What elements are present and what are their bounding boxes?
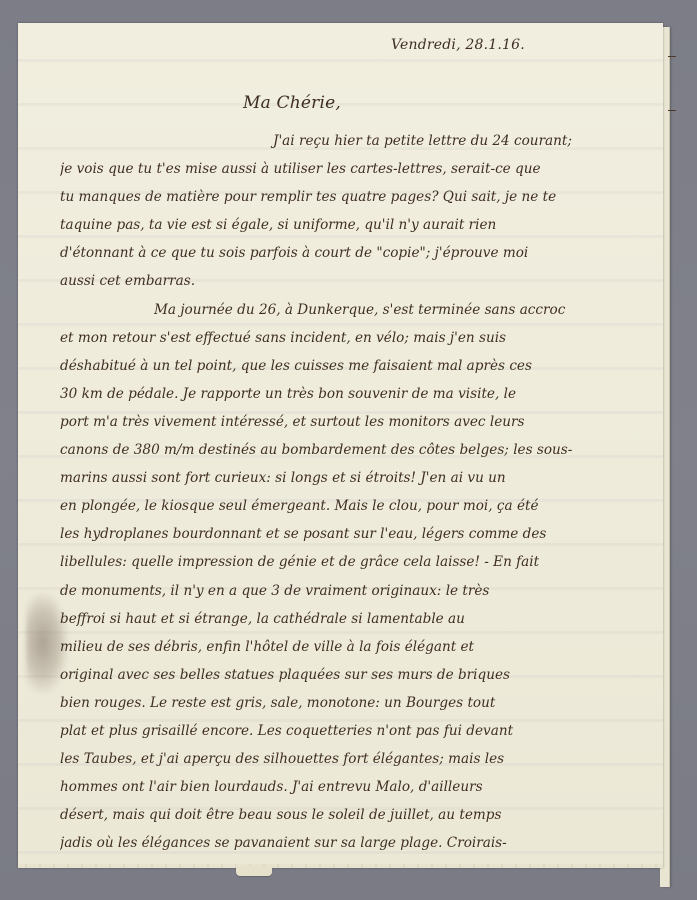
- letter-line: je vois que tu t'es mise aussi à utilise…: [60, 155, 660, 183]
- letter-line: taquine pas, ta vie est si égale, si uni…: [60, 211, 660, 239]
- letter-line: hommes ont l'air bien lourdauds. J'ai en…: [60, 773, 660, 801]
- letter-date: Vendredi, 28.1.16.: [391, 37, 525, 53]
- letter-line: en plongée, le kiosque seul émergeant. M…: [60, 492, 660, 520]
- letter-line: bien rouges. Le reste est gris, sale, mo…: [60, 689, 660, 717]
- letter-line: marins aussi sont fort curieux: si longs…: [60, 464, 660, 492]
- letter-line: et mon retour s'est effectué sans incide…: [60, 324, 660, 352]
- letter-line: Ma journée du 26, à Dunkerque, s'est ter…: [60, 296, 660, 324]
- letter-line: les hydroplanes bourdonnant et se posant…: [60, 520, 660, 548]
- edge-ink-mark: [668, 110, 676, 111]
- letter-line: port m'a très vivement intéressé, et sur…: [60, 408, 660, 436]
- letter-body: J'ai reçu hier ta petite lettre du 24 co…: [60, 127, 660, 857]
- letter-line: désert, mais qui doit être beau sous le …: [60, 801, 660, 829]
- letter-line: milieu de ses débris, enfin l'hôtel de v…: [60, 633, 660, 661]
- letter-line: déshabitué à un tel point, que les cuiss…: [60, 352, 660, 380]
- letter-line: beffroi si haut et si étrange, la cathéd…: [60, 605, 660, 633]
- torn-paper-tab: [236, 866, 272, 876]
- letter-line: plat et plus grisaillé encore. Les coque…: [60, 717, 660, 745]
- letter-line: aussi cet embarras.: [60, 267, 660, 295]
- letter-line: 30 km de pédale. Je rapporte un très bon…: [60, 380, 660, 408]
- letter-line: de monuments, il n'y en a que 3 de vraim…: [60, 577, 660, 605]
- letter-line: d'étonnant à ce que tu sois parfois à co…: [60, 239, 660, 267]
- letter-line: J'ai reçu hier ta petite lettre du 24 co…: [60, 127, 660, 155]
- letter-line: original avec ses belles statues plaquée…: [60, 661, 660, 689]
- letter-line: tu manques de matière pour remplir tes q…: [60, 183, 660, 211]
- letter-line: les Taubes, et j'ai aperçu des silhouett…: [60, 745, 660, 773]
- letter-salutation: Ma Chérie,: [243, 93, 341, 113]
- edge-ink-mark: [668, 56, 676, 57]
- letter-line: canons de 380 m/m destinés au bombardeme…: [60, 436, 660, 464]
- letter-line: libellules: quelle impression de génie e…: [60, 548, 660, 576]
- letter-line: jadis où les élégances se pavanaient sur…: [60, 829, 660, 857]
- letter-page: Vendredi, 28.1.16. Ma Chérie, J'ai reçu …: [18, 23, 663, 868]
